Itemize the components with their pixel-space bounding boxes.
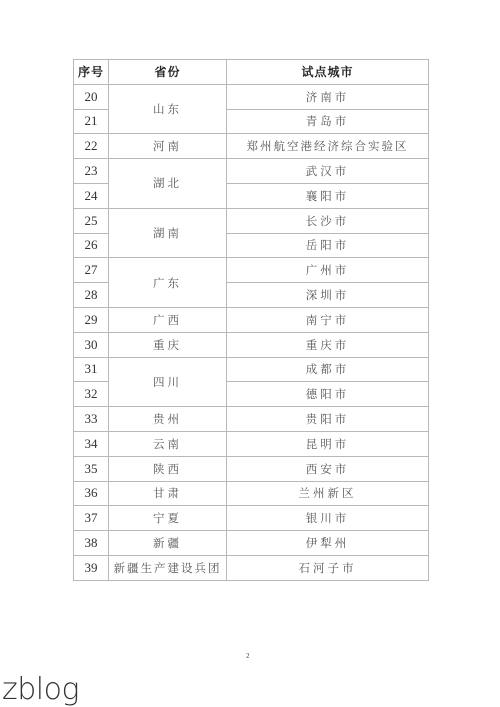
table-row: 23湖北武汉市 xyxy=(74,159,429,184)
cell-pilot-city: 昆明市 xyxy=(227,431,429,456)
cell-serial-number: 39 xyxy=(74,555,109,580)
watermark-text: zblog xyxy=(2,672,79,707)
cell-pilot-city: 南宁市 xyxy=(227,307,429,332)
cell-pilot-city: 贵阳市 xyxy=(227,407,429,432)
table-row: 25湖南长沙市 xyxy=(74,208,429,233)
table-row: 37宁夏银川市 xyxy=(74,506,429,531)
cell-province: 云南 xyxy=(109,431,227,456)
cell-serial-number: 29 xyxy=(74,307,109,332)
cell-pilot-city: 兰州新区 xyxy=(227,481,429,506)
cell-serial-number: 31 xyxy=(74,357,109,382)
table-row: 33贵州贵阳市 xyxy=(74,407,429,432)
cell-pilot-city: 重庆市 xyxy=(227,332,429,357)
cell-serial-number: 28 xyxy=(74,283,109,308)
cell-province: 四川 xyxy=(109,357,227,407)
cell-pilot-city: 襄阳市 xyxy=(227,183,429,208)
cell-province: 重庆 xyxy=(109,332,227,357)
table-row: 34云南昆明市 xyxy=(74,431,429,456)
table-header-row: 序号 省份 试点城市 xyxy=(74,60,429,85)
table-row: 30重庆重庆市 xyxy=(74,332,429,357)
cell-pilot-city: 济南市 xyxy=(227,84,429,109)
cell-serial-number: 20 xyxy=(74,84,109,109)
cell-serial-number: 23 xyxy=(74,159,109,184)
cell-province: 湖南 xyxy=(109,208,227,258)
cell-pilot-city: 岳阳市 xyxy=(227,233,429,258)
cell-province: 河南 xyxy=(109,134,227,159)
cell-province: 甘肃 xyxy=(109,481,227,506)
table-row: 29广西南宁市 xyxy=(74,307,429,332)
cell-pilot-city: 成都市 xyxy=(227,357,429,382)
cell-province: 陕西 xyxy=(109,456,227,481)
cell-serial-number: 30 xyxy=(74,332,109,357)
cell-province: 广东 xyxy=(109,258,227,308)
cell-pilot-city: 青岛市 xyxy=(227,109,429,134)
cell-pilot-city: 西安市 xyxy=(227,456,429,481)
pilot-cities-table: 序号 省份 试点城市 20山东济南市21青岛市22河南郑州航空港经济综合实验区2… xyxy=(73,59,429,581)
table-row: 38新疆伊犁州 xyxy=(74,531,429,556)
cell-serial-number: 36 xyxy=(74,481,109,506)
cell-province: 新疆 xyxy=(109,531,227,556)
cell-pilot-city: 伊犁州 xyxy=(227,531,429,556)
cell-serial-number: 33 xyxy=(74,407,109,432)
cell-serial-number: 26 xyxy=(74,233,109,258)
table-row: 31四川成都市 xyxy=(74,357,429,382)
cell-province: 山东 xyxy=(109,84,227,134)
cell-pilot-city: 银川市 xyxy=(227,506,429,531)
cell-serial-number: 34 xyxy=(74,431,109,456)
header-serial-number: 序号 xyxy=(74,60,109,85)
cell-pilot-city: 长沙市 xyxy=(227,208,429,233)
table-row: 20山东济南市 xyxy=(74,84,429,109)
header-pilot-city: 试点城市 xyxy=(227,60,429,85)
cell-province: 新疆生产建设兵团 xyxy=(109,555,227,580)
page-number: 2 xyxy=(246,652,250,660)
table-row: 27广东广州市 xyxy=(74,258,429,283)
cell-province: 贵州 xyxy=(109,407,227,432)
cell-serial-number: 37 xyxy=(74,506,109,531)
cell-serial-number: 38 xyxy=(74,531,109,556)
header-province: 省份 xyxy=(109,60,227,85)
table-row: 36甘肃兰州新区 xyxy=(74,481,429,506)
cell-serial-number: 32 xyxy=(74,382,109,407)
cell-pilot-city: 郑州航空港经济综合实验区 xyxy=(227,134,429,159)
cell-province: 湖北 xyxy=(109,159,227,209)
cell-pilot-city: 广州市 xyxy=(227,258,429,283)
cell-pilot-city: 深圳市 xyxy=(227,283,429,308)
cell-pilot-city: 石河子市 xyxy=(227,555,429,580)
cell-serial-number: 21 xyxy=(74,109,109,134)
table-row: 35陕西西安市 xyxy=(74,456,429,481)
document-page: 序号 省份 试点城市 20山东济南市21青岛市22河南郑州航空港经济综合实验区2… xyxy=(0,0,500,707)
table-row: 39新疆生产建设兵团石河子市 xyxy=(74,555,429,580)
cell-serial-number: 27 xyxy=(74,258,109,283)
table-row: 22河南郑州航空港经济综合实验区 xyxy=(74,134,429,159)
cell-pilot-city: 德阳市 xyxy=(227,382,429,407)
cell-serial-number: 25 xyxy=(74,208,109,233)
cell-province: 宁夏 xyxy=(109,506,227,531)
cell-serial-number: 24 xyxy=(74,183,109,208)
cell-province: 广西 xyxy=(109,307,227,332)
cell-pilot-city: 武汉市 xyxy=(227,159,429,184)
cell-serial-number: 22 xyxy=(74,134,109,159)
cell-serial-number: 35 xyxy=(74,456,109,481)
